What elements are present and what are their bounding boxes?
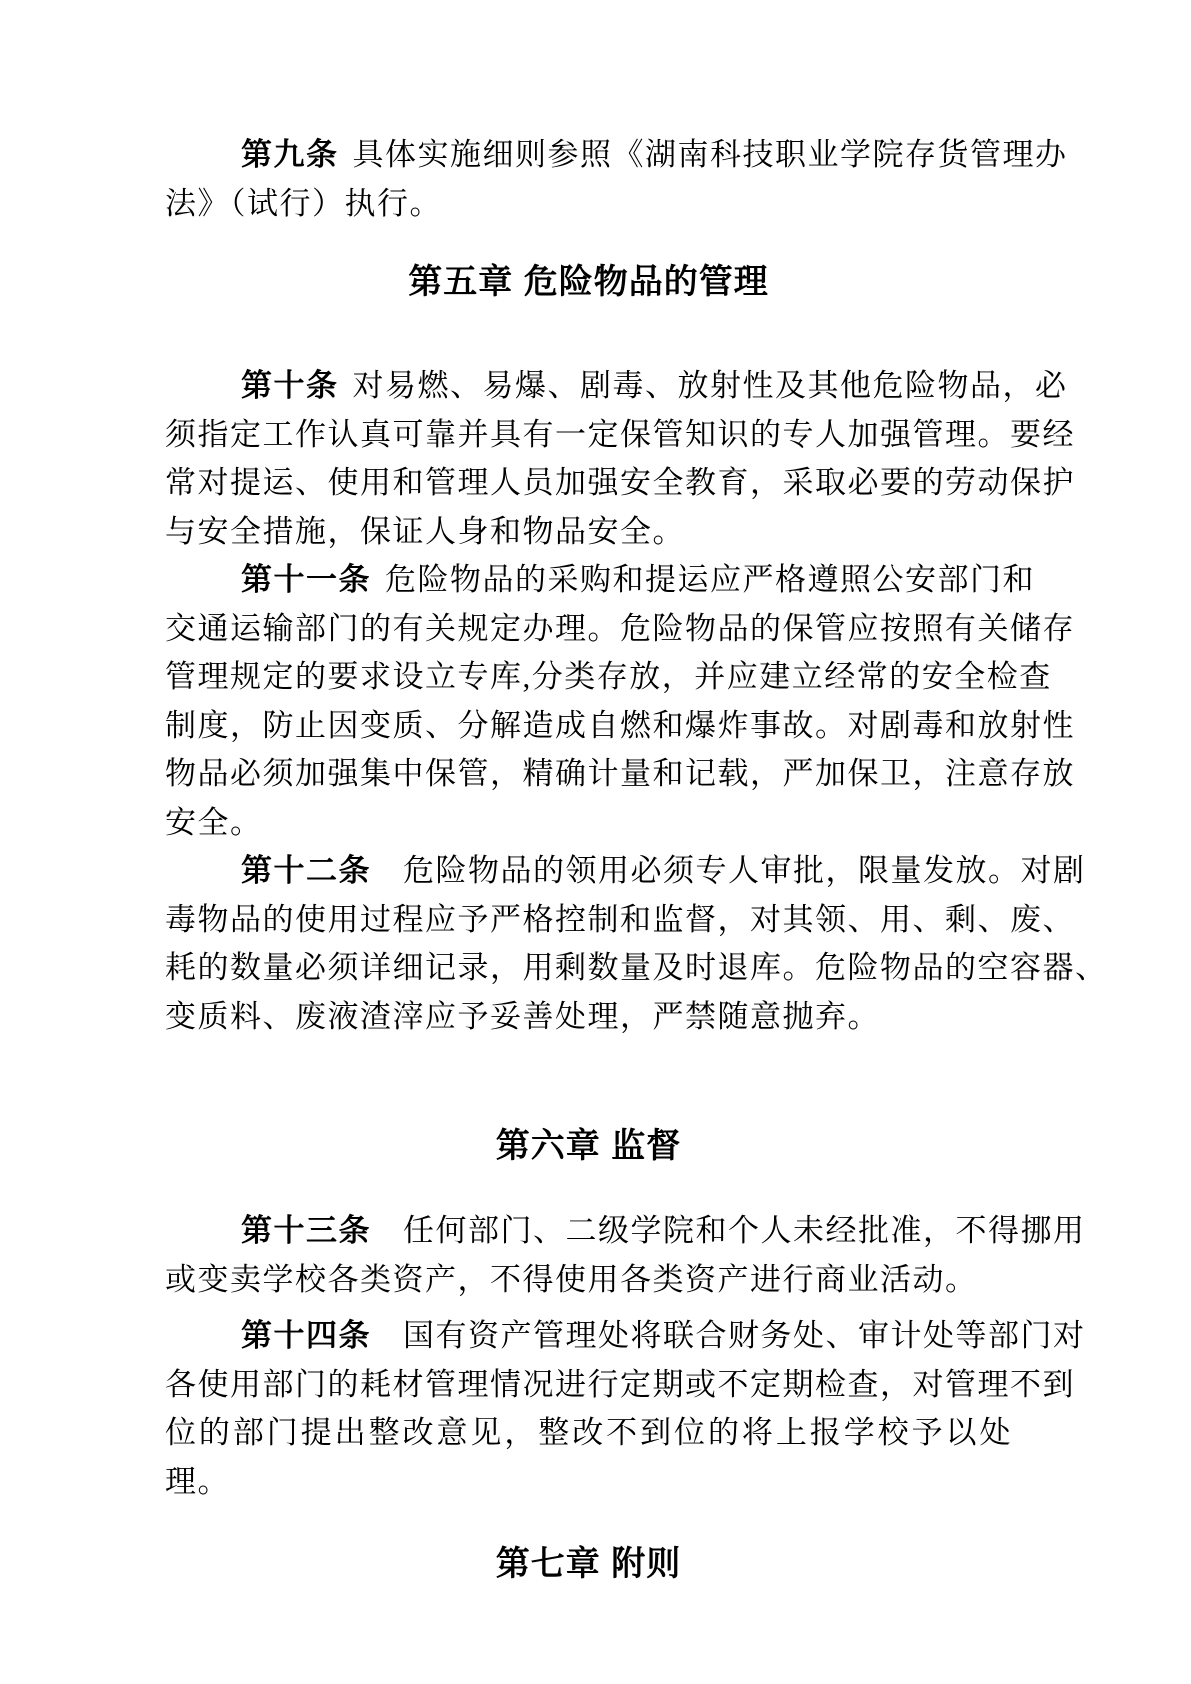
article-number-label: 第十四条 [241, 1318, 371, 1353]
document-page: 第九条具体实施细则参照《湖南科技职业学院存货管理办法》（试行）执行。 第五章 危… [0, 0, 1191, 1684]
chapter-6-heading: 第六章 监督 [165, 1122, 1012, 1171]
text-line: 常对提运、使用和管理人员加强安全教育，采取必要的劳动保护 [165, 459, 1012, 508]
document-content: 第九条具体实施细则参照《湖南科技职业学院存货管理办法》（试行）执行。 第五章 危… [165, 131, 1012, 1589]
text-line: 法》（试行）执行。 [165, 180, 1012, 229]
article-14-paragraph: 第十四条国有资产管理处将联合财务处、审计处等部门对各使用部门的耗材管理情况进行定… [165, 1312, 1012, 1506]
chapter-7-heading: 第七章 附则 [165, 1540, 1012, 1589]
article-11-paragraph: 第十一条危险物品的采购和提运应严格遵照公安部门和交通运输部门的有关规定办理。危险… [165, 556, 1012, 847]
article-number-label: 第九条 [241, 137, 339, 172]
text-line: 第十三条任何部门、二级学院和个人未经批准，不得挪用 [165, 1207, 1012, 1256]
text-line: 与安全措施，保证人身和物品安全。 [165, 508, 1012, 557]
text-line: 物品必须加强集中保管，精确计量和记载，严加保卫，注意存放 [165, 750, 1012, 799]
article-number-label: 第十三条 [241, 1213, 371, 1248]
article-10-paragraph: 第十条对易燃、易爆、剧毒、放射性及其他危险物品，必须指定工作认真可靠并具有一定保… [165, 362, 1012, 556]
article-number-label: 第十条 [241, 368, 339, 403]
article-9-paragraph: 第九条具体实施细则参照《湖南科技职业学院存货管理办法》（试行）执行。 [165, 131, 1012, 228]
chapter-5-heading: 第五章 危险物品的管理 [165, 258, 1012, 307]
text-line: 各使用部门的耗材管理情况进行定期或不定期检查，对管理不到 [165, 1361, 1012, 1410]
text-line: 须指定工作认真可靠并具有一定保管知识的专人加强管理。要经 [165, 411, 1012, 460]
text-line: 第十二条危险物品的领用必须专人审批，限量发放。对剧 [165, 847, 1012, 896]
text-line: 或变卖学校各类资产，不得使用各类资产进行商业活动。 [165, 1256, 1012, 1305]
text-line: 制度，防止因变质、分解造成自燃和爆炸事故。对剧毒和放射性 [165, 702, 1012, 751]
text-line: 第十四条国有资产管理处将联合财务处、审计处等部门对 [165, 1312, 1012, 1361]
text-line: 位的部门提出整改意见，整改不到位的将上报学校予以处理。 [165, 1409, 1012, 1506]
article-12-paragraph: 第十二条危险物品的领用必须专人审批，限量发放。对剧毒物品的使用过程应予严格控制和… [165, 847, 1012, 1041]
article-number-label: 第十二条 [241, 853, 371, 888]
text-line: 毒物品的使用过程应予严格控制和监督，对其领、用、剩、废、 [165, 896, 1012, 945]
text-line: 第十一条危险物品的采购和提运应严格遵照公安部门和 [165, 556, 1012, 605]
text-line: 交通运输部门的有关规定办理。危险物品的保管应按照有关储存 [165, 605, 1012, 654]
article-13-paragraph: 第十三条任何部门、二级学院和个人未经批准，不得挪用或变卖学校各类资产，不得使用各… [165, 1207, 1012, 1304]
text-line: 耗的数量必须详细记录，用剩数量及时退库。危险物品的空容器、 [165, 944, 1012, 993]
text-line: 安全。 [165, 799, 1012, 848]
article-number-label: 第十一条 [241, 562, 371, 597]
text-line: 变质料、废液渣滓应予妥善处理，严禁随意抛弃。 [165, 993, 1012, 1042]
text-line: 第十条对易燃、易爆、剧毒、放射性及其他危险物品，必 [165, 362, 1012, 411]
text-line: 管理规定的要求设立专库,分类存放，并应建立经常的安全检查 [165, 653, 1012, 702]
text-line: 第九条具体实施细则参照《湖南科技职业学院存货管理办 [165, 131, 1012, 180]
